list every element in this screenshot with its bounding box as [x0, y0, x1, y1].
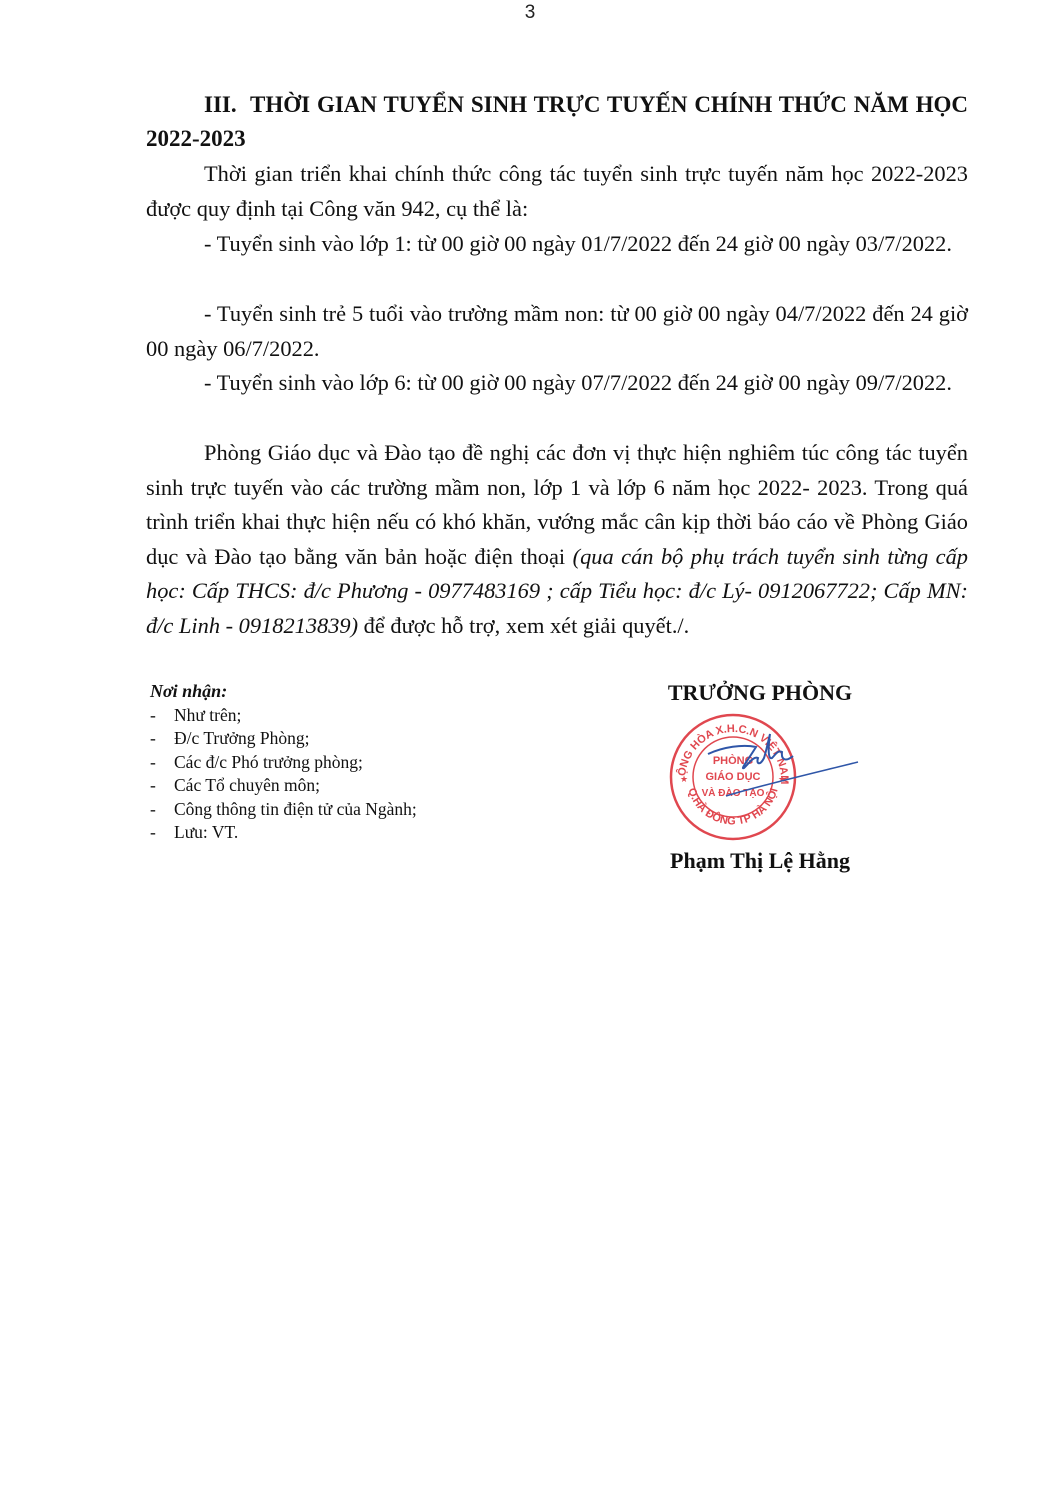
recipient-item: Công thông tin điện tử của Ngành; — [150, 798, 417, 822]
page-number: 3 — [0, 2, 1060, 24]
intro-paragraph: Thời gian triển khai chính thức công tác… — [146, 157, 968, 226]
signer-title: TRƯỞNG PHÒNG — [620, 680, 900, 706]
section-title: THỜI GIAN TUYỂN SINH TRỰC TUYẾN CHÍNH TH… — [146, 92, 968, 151]
closing-paragraph: Phòng Giáo dục và Đào tạo đề nghị các đơ… — [146, 436, 968, 643]
schedule-item-grade-6: - Tuyển sinh vào lớp 6: từ 00 giờ 00 ngà… — [146, 366, 968, 401]
svg-text:★: ★ — [778, 774, 786, 784]
section-heading: III. THỜI GIAN TUYỂN SINH TRỰC TUYẾN CHÍ… — [146, 88, 968, 156]
recipient-item: Đ/c Trưởng Phòng; — [150, 727, 417, 751]
schedule-item-grade-1: - Tuyển sinh vào lớp 1: từ 00 giờ 00 ngà… — [146, 227, 968, 262]
recipients-list: Như trên; Đ/c Trưởng Phòng; Các đ/c Phó … — [150, 704, 417, 845]
recipient-item: Các Tổ chuyên môn; — [150, 774, 417, 798]
recipient-item: Các đ/c Phó trưởng phòng; — [150, 751, 417, 775]
recipient-item: Như trên; — [150, 704, 417, 728]
recipients-title: Nơi nhận: — [150, 680, 417, 704]
recipients-block: Nơi nhận: Như trên; Đ/c Trưởng Phòng; Cá… — [150, 680, 417, 845]
schedule-item-preschool: - Tuyển sinh trẻ 5 tuổi vào trường mầm n… — [146, 297, 968, 366]
signer-name: Phạm Thị Lệ Hằng — [620, 848, 900, 874]
recipient-item: Lưu: VT. — [150, 821, 417, 845]
svg-text:GIÁO DỤC: GIÁO DỤC — [706, 770, 761, 783]
official-stamp-icon: CỘNG HÒA X.H.C.N VIỆT NAM Q.HÀ ĐÔNG TP H… — [668, 712, 798, 842]
closing-end: để được hỗ trợ, xem xét giải quyết./. — [358, 613, 689, 638]
svg-text:★: ★ — [680, 774, 688, 784]
section-numeral: III. — [204, 92, 237, 117]
